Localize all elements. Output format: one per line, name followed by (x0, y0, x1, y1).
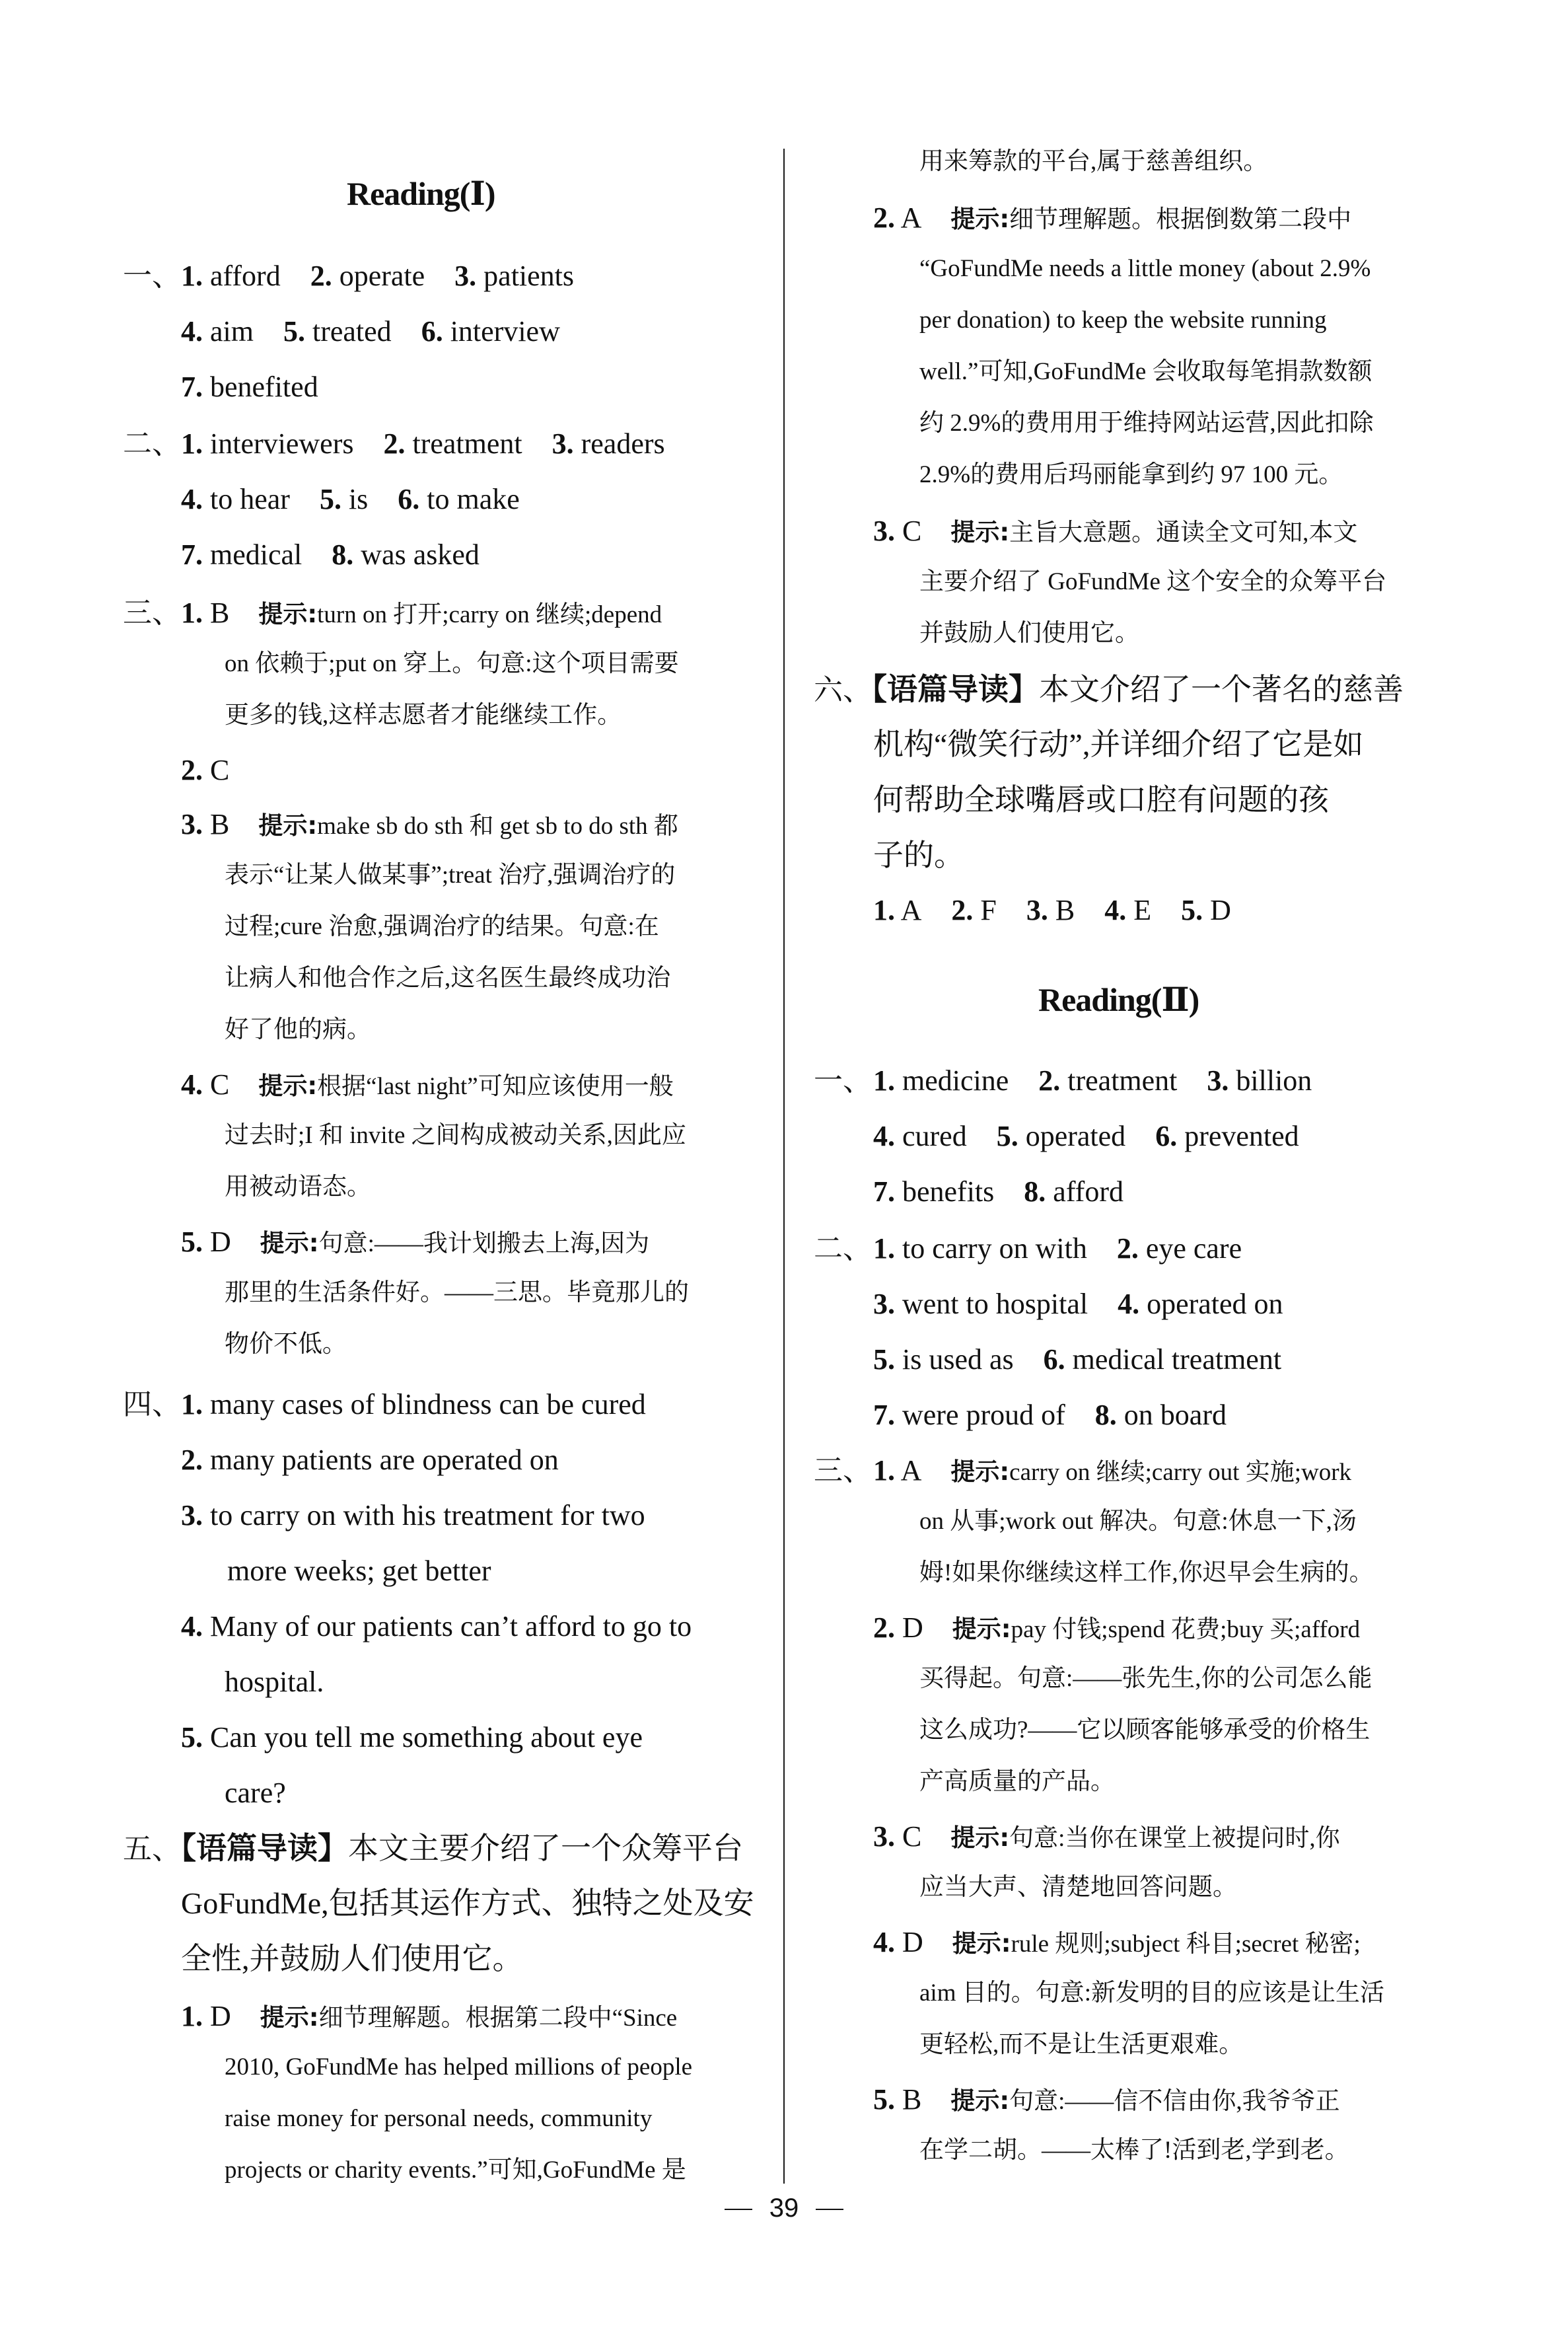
choice-item: 1. D提示:细节理解题。根据第二段中“Since (181, 2002, 677, 2031)
translation-item: 2. many patients are operated on (181, 1446, 559, 1475)
hint-line: 这么成功?——它以顾客能够承受的价格生 (919, 1718, 1370, 1742)
hint-line: aim 目的。句意:新发明的目的应该是让生活 (919, 1981, 1384, 2005)
guide-line: 子的。 (873, 840, 964, 871)
choice-item: 1. B提示:turn on 打开;carry on 继续;depend (181, 599, 662, 628)
choice-item: 5. D提示:句意:——我计划搬去上海,因为 (181, 1228, 649, 1257)
choice-item: 1. A提示:carry on 继续;carry out 实施;work (873, 1456, 1351, 1485)
translation-line: hospital. (225, 1668, 324, 1697)
translation-item: 5. Can you tell me something about eye (181, 1723, 643, 1752)
section-marker: 四、 (123, 1390, 181, 1419)
translation-item: 3. to carry on with his treatment for tw… (181, 1501, 645, 1530)
answer-row: 4. to hear 5. is 6. to make (181, 485, 520, 514)
hint-line: 用被动语态。 (225, 1175, 371, 1199)
answer-row: 1. medicine 2. treatment 3. billion (873, 1066, 1312, 1095)
section-marker: 三、 (814, 1456, 872, 1485)
answer-row: 1. to carry on with 2. eye care (873, 1234, 1242, 1263)
section-marker: 一、 (814, 1066, 872, 1095)
choice-item: 4. D提示:rule 规则;subject 科目;secret 秘密; (873, 1928, 1361, 1957)
answer-row: 1. afford 2. operate 3. patients (181, 262, 574, 291)
footer-dash-right (816, 2209, 843, 2210)
hint-line: 姆!如果你继续这样工作,你迟早会生病的。 (919, 1561, 1374, 1585)
hint-line: 更多的钱,这样志愿者才能继续工作。 (225, 703, 622, 727)
choice-item: 3. C提示:主旨大意题。通读全文可知,本文 (873, 517, 1357, 546)
hint-line: 产高质量的产品。 (919, 1769, 1115, 1794)
answer-row: 1. A 2. F 3. B 4. E 5. D (873, 896, 1231, 925)
reading-guide: 六、【语篇导读】本文介绍了一个著名的慈善 (814, 674, 1404, 705)
guide-line: 何帮助全球嘴唇或口腔有问题的孩 (873, 785, 1329, 815)
answer-row: 5. is used as 6. medical treatment (873, 1345, 1281, 1374)
guide-line: GoFundMe,包括其运作方式、独特之处及安 (181, 1888, 754, 1919)
hint-line: 主要介绍了 GoFundMe 这个安全的众筹平台 (919, 570, 1386, 594)
answer-row: 7. medical 8. was asked (181, 540, 480, 570)
reading-guide: 五、【语篇导读】本文主要介绍了一个众筹平台 (123, 1833, 743, 1864)
hint-line: well.”可知,GoFundMe 会收取每笔捐款数额 (919, 359, 1372, 384)
choice-item: 3. C提示:句意:当你在课堂上被提问时,你 (873, 1822, 1340, 1851)
hint-line: 表示“让某人做某事”;treat 治疗,强调治疗的 (225, 863, 675, 887)
hint-line: raise money for personal needs, communit… (225, 2106, 652, 2131)
hint-line: 更轻松,而不是让生活更艰难。 (919, 2032, 1243, 2057)
hint-line: projects or charity events.”可知,GoFundMe … (225, 2158, 686, 2182)
answer-key-page: Reading(Ⅰ) 一、 1. afford 2. operate 3. pa… (0, 0, 1568, 2325)
hint-line: 2010, GoFundMe has helped millions of pe… (225, 2055, 692, 2079)
hint-line: 好了他的病。 (225, 1017, 371, 1042)
answer-row: 7. were proud of 8. on board (873, 1401, 1227, 1430)
answer-row: 4. cured 5. operated 6. prevented (873, 1122, 1299, 1151)
hint-line: 买得起。句意:——张先生,你的公司怎么能 (919, 1666, 1372, 1691)
hint-line: 约 2.9%的费用用于维持网站运营,因此扣除 (919, 411, 1374, 435)
hint-line: on 从事;work out 解决。句意:休息一下,汤 (919, 1509, 1357, 1533)
hint-line: 让病人和他合作之后,这名医生最终成功治 (225, 966, 670, 990)
choice-item: 2. A提示:细节理解题。根据倒数第二段中 (873, 203, 1351, 233)
section-marker: 一、 (123, 262, 181, 291)
answer-row: 7. benefited (181, 373, 318, 402)
hint-line: on 依赖于;put on 穿上。句意:这个项目需要 (225, 651, 679, 676)
hint-line: 2.9%的费用后玛丽能拿到约 97 100 元。 (919, 462, 1343, 487)
page-number: 39 (769, 2194, 799, 2223)
choice-item: 2. D提示:pay 付钱;spend 花费;buy 买;afford (873, 1613, 1360, 1642)
footer-dash-left (725, 2209, 752, 2210)
translation-line: care? (225, 1779, 286, 1808)
hint-line: 过程;cure 治愈,强调治疗的结果。句意:在 (225, 914, 659, 939)
guide-line: 全性,并鼓励人们使用它。 (181, 1944, 523, 1974)
section-marker: 三、 (123, 599, 181, 628)
hint-line: 在学二胡。——太棒了!活到老,学到老。 (919, 2138, 1349, 2162)
translation-line: more weeks; get better (227, 1557, 491, 1586)
guide-line: 机构“微笑行动”,并详细介绍了它是如 (873, 729, 1363, 760)
answer-row: 7. benefits 8. afford (873, 1177, 1123, 1206)
column-divider (783, 149, 785, 2184)
hint-line: 那里的生活条件好。——三思。毕竟那儿的 (225, 1280, 689, 1305)
answer-row: 3. went to hospital 4. operated on (873, 1290, 1283, 1319)
section-marker: 二、 (814, 1234, 872, 1263)
answer-row: 1. interviewers 2. treatment 3. readers (181, 429, 665, 459)
translation-item: 1. many cases of blindness can be cured (181, 1390, 646, 1419)
section-title-reading-2: Reading(Ⅱ) (1038, 983, 1199, 1016)
choice-item: 3. B提示:make sb do sth 和 get sb to do sth… (181, 810, 678, 839)
hint-line: 并鼓励人们使用它。 (919, 621, 1139, 646)
page-footer: 39 (0, 2194, 1568, 2223)
section-marker: 二、 (123, 429, 181, 459)
section-title-reading-1: Reading(Ⅰ) (347, 177, 495, 210)
choice-item: 5. B提示:句意:——信不信由你,我爷爷正 (873, 2085, 1340, 2114)
translation-item: 4. Many of our patients can’t afford to … (181, 1612, 692, 1641)
hint-line: 过去时;I 和 invite 之间构成被动关系,因此应 (225, 1123, 686, 1148)
hint-line: 物价不低。 (225, 1332, 347, 1356)
choice-item: 4. C提示:根据“last night”可知应该使用一般 (181, 1070, 674, 1099)
hint-line: “GoFundMe needs a little money (about 2.… (919, 256, 1371, 281)
hint-line: per donation) to keep the website runnin… (919, 308, 1327, 332)
answer-row: 4. aim 5. treated 6. interview (181, 317, 560, 346)
hint-line: 应当大声、清楚地回答问题。 (919, 1875, 1237, 1900)
hint-line: 用来筹款的平台,属于慈善组织。 (919, 149, 1267, 174)
choice-item: 2. C (181, 756, 229, 785)
